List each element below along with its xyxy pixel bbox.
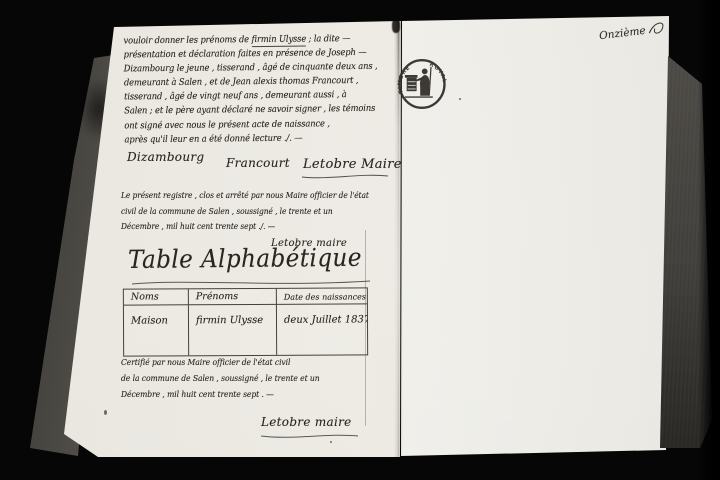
table-cell-prenom: firmin Ulysse [189, 305, 277, 355]
mayor-signature-bottom: Letobre maire [261, 415, 352, 429]
paraph-icon [644, 17, 671, 42]
witness-signature-dizambourg: Dizambourg [127, 150, 204, 164]
table-header-date-naissances: Date des naissances [277, 288, 367, 304]
table-cell-nom: Maison [124, 305, 189, 355]
scanner-bed-shadow [698, 0, 720, 480]
line-text: ; la dite — [306, 34, 350, 44]
witness-signature-francourt: Francourt [226, 156, 290, 170]
line-text: vouloir donner les prénoms de [123, 35, 251, 46]
ink-speck [330, 441, 332, 443]
signature-flourish-icon [258, 432, 363, 441]
mayor-signature: Letobre Maire [303, 157, 402, 172]
scanned-register-spread: vouloir donner les prénoms de firmin Uly… [0, 0, 720, 480]
table-title: Table Alphabétique [128, 243, 362, 274]
table-header-noms: Noms [124, 289, 189, 305]
closing-statement: Le présent registre , clos et arrêté par… [121, 189, 403, 236]
table-cell-date: deux Juillet 1837. [277, 304, 367, 354]
signature-flourish-icon [300, 172, 392, 181]
manuscript-line: Certifié par nous Maire officier de l'ét… [121, 356, 320, 372]
act-paragraph: vouloir donner les prénoms de firmin Uly… [123, 32, 397, 148]
ink-speck [104, 410, 107, 415]
manuscript-line: de la commune de Salen , soussigné , le … [121, 372, 320, 388]
manuscript-line: Décembre , mil huit cent trente sept ./.… [121, 220, 369, 236]
manuscript-line: après qu'il leur en a été donné lecture … [124, 130, 378, 147]
manuscript-line: Le présent registre , clos et arrêté par… [121, 189, 369, 205]
manuscript-line: Décembre , mil huit cent trente sept . — [121, 388, 320, 404]
manuscript-line: civil de la commune de Salen , soussigné… [121, 205, 369, 221]
timbre-royal-stamp-icon: TIMBRE ROYAL [395, 55, 449, 113]
underlined-name: firmin Ulysse [251, 35, 306, 47]
folio-label: Onzième [599, 25, 647, 43]
ink-speck [459, 98, 461, 100]
certification-paragraph: Certifié par nous Maire officier de l'ét… [121, 356, 342, 403]
alphabetical-table: Noms Prénoms Date des naissances Maison … [123, 287, 368, 356]
table-header-prenoms: Prénoms [189, 289, 277, 305]
